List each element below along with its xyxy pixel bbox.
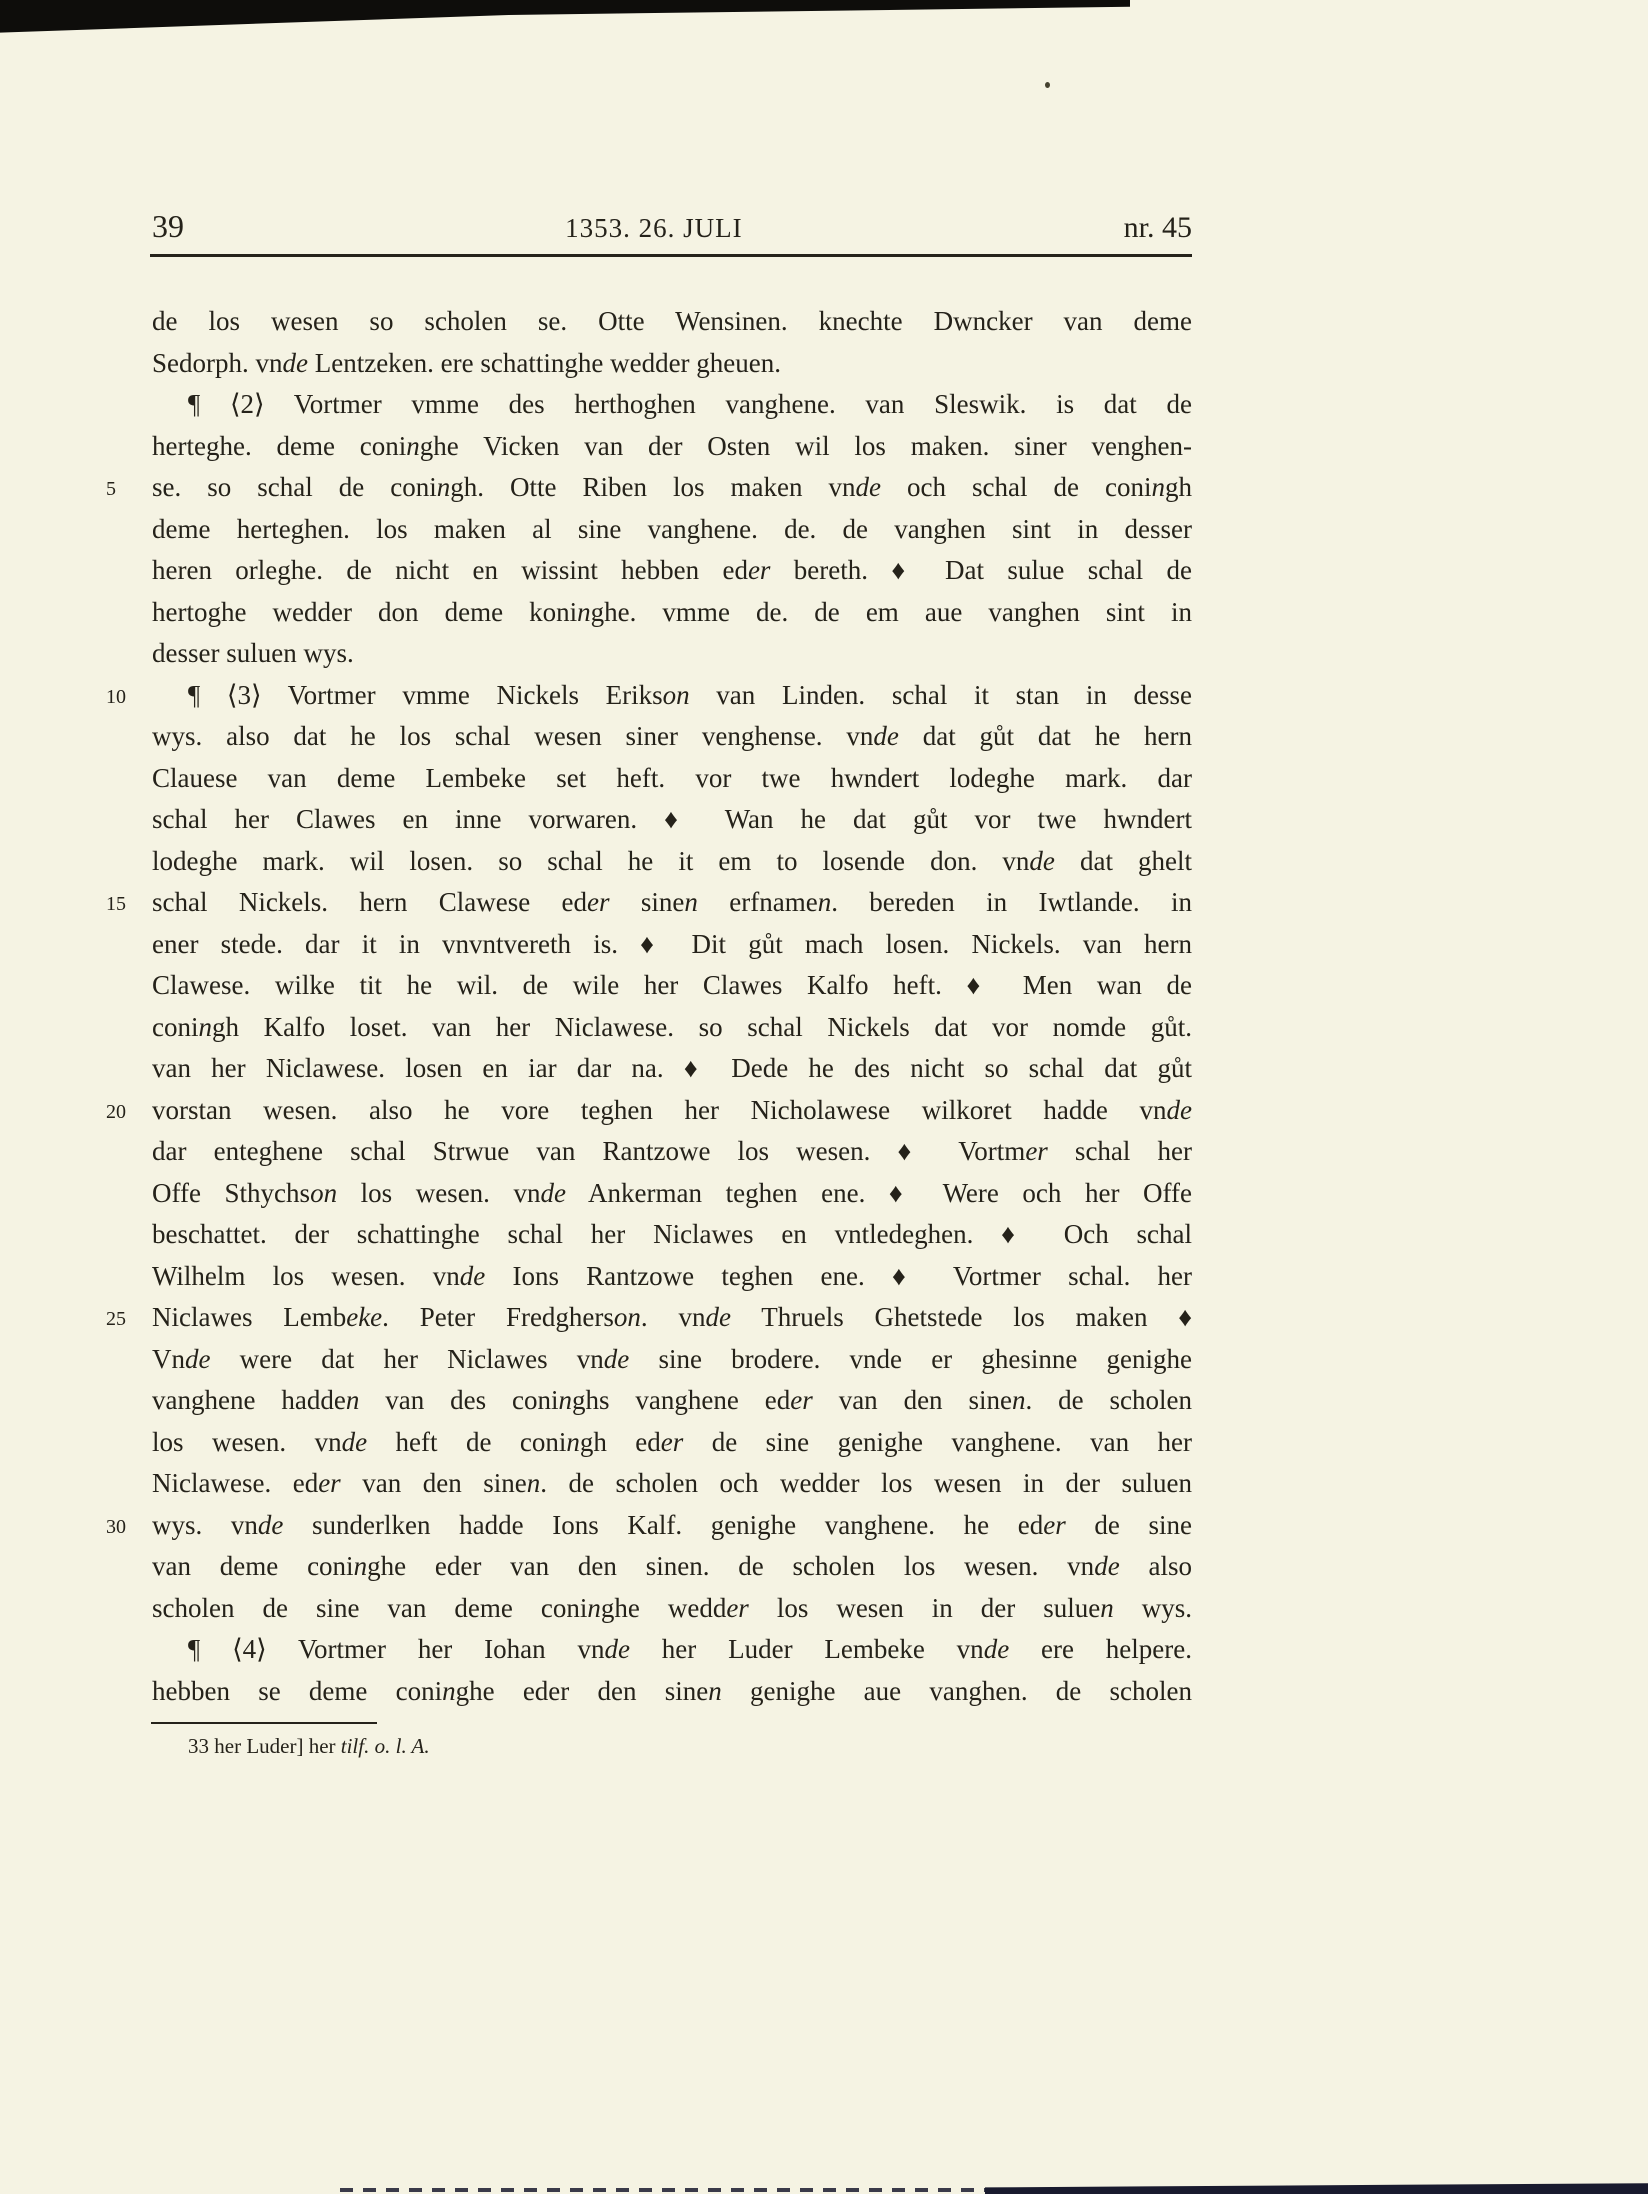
text-line: 10¶ ⟨3⟩ Vortmer vmme Nickels Erikson van… xyxy=(152,675,1192,717)
text-line: wys. also dat he los schal wesen siner v… xyxy=(152,716,1192,758)
text-line-content: herteghe. deme coninghe Vicken van der O… xyxy=(152,431,1192,461)
text-line: herteghe. deme coninghe Vicken van der O… xyxy=(152,426,1192,468)
text-line-content: desser suluen wys. xyxy=(152,638,354,668)
text-line-content: van deme coninghe eder van den sinen. de… xyxy=(152,1551,1192,1581)
text-line: schal her Clawes en inne vorwaren. ♦ Wan… xyxy=(152,799,1192,841)
text-line-content: Niclawes Lembeke. Peter Fredgherson. vnd… xyxy=(152,1302,1192,1332)
text-line-content: ¶ ⟨3⟩ Vortmer vmme Nickels Erikson van L… xyxy=(188,680,1192,710)
text-line: van her Niclawese. losen en iar dar na. … xyxy=(152,1048,1192,1090)
margin-line-number: 10 xyxy=(106,675,144,719)
page-number: 39 xyxy=(152,208,184,245)
text-line-content: se. so schal de coningh. Otte Riben los … xyxy=(152,472,1192,502)
text-line: Clauese van deme Lembeke set heft. vor t… xyxy=(152,758,1192,800)
text-line-content: schal Nickels. hern Clawese eder sinen e… xyxy=(152,887,1192,917)
text-line: scholen de sine van deme coninghe wedder… xyxy=(152,1588,1192,1630)
text-line-content: Wilhelm los wesen. vnde Ions Rantzowe te… xyxy=(152,1261,1192,1291)
text-line-content: Offe Sthychson los wesen. vnde Ankerman … xyxy=(152,1178,1192,1208)
text-line-content: Niclawese. eder van den sinen. de schole… xyxy=(152,1468,1192,1498)
text-line-content: scholen de sine van deme coninghe wedder… xyxy=(152,1593,1192,1623)
footnote: 33 her Luder] her tilf. o. l. A. xyxy=(188,1731,1088,1761)
text-line-content: de los wesen so scholen se. Otte Wensine… xyxy=(152,306,1192,336)
text-line: ¶ ⟨4⟩ Vortmer her Iohan vnde her Luder L… xyxy=(152,1629,1192,1671)
text-line: desser suluen wys. xyxy=(152,633,1192,675)
text-line-content: beschattet. der schattinghe schal her Ni… xyxy=(152,1219,1192,1249)
scan-artifact-bottom-dashed-line xyxy=(340,2188,988,2192)
text-line-content: vanghene hadden van des coninghs vanghen… xyxy=(152,1385,1192,1415)
running-title: 1353. 26. JULI xyxy=(565,213,743,244)
margin-line-number: 20 xyxy=(106,1090,144,1134)
text-line: de los wesen so scholen se. Otte Wensine… xyxy=(152,301,1192,343)
text-line: Clawese. wilke tit he wil. de wile her C… xyxy=(152,965,1192,1007)
text-line: deme herteghen. los maken al sine vanghe… xyxy=(152,509,1192,551)
footnote-text: 33 her Luder] her tilf. o. l. A. xyxy=(188,1734,430,1758)
text-line-content: ener stede. dar it in vnvntvereth is. ♦ … xyxy=(152,929,1192,959)
text-line-content: ¶ ⟨2⟩ Vortmer vmme des herthoghen vanghe… xyxy=(188,389,1192,419)
text-line-content: Vnde were dat her Niclawes vnde sine bro… xyxy=(152,1344,1192,1374)
margin-line-number: 5 xyxy=(106,467,144,511)
text-line: Niclawese. eder van den sinen. de schole… xyxy=(152,1463,1192,1505)
text-line-content: Clauese van deme Lembeke set heft. vor t… xyxy=(152,763,1192,793)
text-line-content: heren orleghe. de nicht en wissint hebbe… xyxy=(152,555,1192,585)
text-line: los wesen. vnde heft de coningh eder de … xyxy=(152,1422,1192,1464)
text-line-content: los wesen. vnde heft de coningh eder de … xyxy=(152,1427,1192,1457)
text-line: Wilhelm los wesen. vnde Ions Rantzowe te… xyxy=(152,1256,1192,1298)
text-line-content: vorstan wesen. also he vore teghen her N… xyxy=(152,1095,1192,1125)
text-line: 5se. so schal de coningh. Otte Riben los… xyxy=(152,467,1192,509)
text-line: dar enteghene schal Strwue van Rantzowe … xyxy=(152,1131,1192,1173)
text-line: 25Niclawes Lembeke. Peter Fredgherson. v… xyxy=(152,1297,1192,1339)
text-line: coningh Kalfo loset. van her Niclawese. … xyxy=(152,1007,1192,1049)
text-line-content: hertoghe wedder don deme koninghe. vmme … xyxy=(152,597,1192,627)
text-line: 20vorstan wesen. also he vore teghen her… xyxy=(152,1090,1192,1132)
text-line: hebben se deme coninghe eder den sinen g… xyxy=(152,1671,1192,1713)
text-line-content: dar enteghene schal Strwue van Rantzowe … xyxy=(152,1136,1192,1166)
text-line: ¶ ⟨2⟩ Vortmer vmme des herthoghen vanghe… xyxy=(152,384,1192,426)
text-line-content: wys. also dat he los schal wesen siner v… xyxy=(152,721,1192,751)
text-line-content: deme herteghen. los maken al sine vanghe… xyxy=(152,514,1192,544)
text-line-content: van her Niclawese. losen en iar dar na. … xyxy=(152,1053,1192,1083)
footnote-rule xyxy=(151,1722,377,1724)
document-number: nr. 45 xyxy=(1124,211,1192,245)
text-line: Vnde were dat her Niclawes vnde sine bro… xyxy=(152,1339,1192,1381)
scanned-book-page: 39 1353. 26. JULI nr. 45 de los wesen so… xyxy=(0,0,1648,2194)
scan-artifact-top-bar xyxy=(0,0,1130,34)
text-line-content: Clawese. wilke tit he wil. de wile her C… xyxy=(152,970,1192,1000)
text-line: Offe Sthychson los wesen. vnde Ankerman … xyxy=(152,1173,1192,1215)
text-line: beschattet. der schattinghe schal her Ni… xyxy=(152,1214,1192,1256)
page-header: 39 1353. 26. JULI nr. 45 xyxy=(152,208,1192,245)
margin-line-number: 25 xyxy=(106,1297,144,1341)
text-line-content: coningh Kalfo loset. van her Niclawese. … xyxy=(152,1012,1192,1042)
text-line-content: hebben se deme coninghe eder den sinen g… xyxy=(152,1676,1192,1706)
text-line: ener stede. dar it in vnvntvereth is. ♦ … xyxy=(152,924,1192,966)
text-line-content: schal her Clawes en inne vorwaren. ♦ Wan… xyxy=(152,804,1192,834)
text-line: van deme coninghe eder van den sinen. de… xyxy=(152,1546,1192,1588)
text-line-content: lodeghe mark. wil losen. so schal he it … xyxy=(152,846,1192,876)
document-text-block: de los wesen so scholen se. Otte Wensine… xyxy=(152,301,1192,1712)
text-line: 30wys. vnde sunderlken hadde Ions Kalf. … xyxy=(152,1505,1192,1547)
text-line-content: Sedorph. vnde Lentzeken. ere schattinghe… xyxy=(152,348,781,378)
text-line: 15schal Nickels. hern Clawese eder sinen… xyxy=(152,882,1192,924)
text-line: hertoghe wedder don deme koninghe. vmme … xyxy=(152,592,1192,634)
margin-line-number: 15 xyxy=(106,882,144,926)
margin-line-number: 30 xyxy=(106,1505,144,1549)
text-line: heren orleghe. de nicht en wissint hebbe… xyxy=(152,550,1192,592)
text-line: lodeghe mark. wil losen. so schal he it … xyxy=(152,841,1192,883)
text-line-content: ¶ ⟨4⟩ Vortmer her Iohan vnde her Luder L… xyxy=(188,1634,1192,1664)
header-rule xyxy=(150,254,1192,257)
text-line: Sedorph. vnde Lentzeken. ere schattinghe… xyxy=(152,343,1192,385)
scan-artifact-bottom-bar xyxy=(985,2182,1648,2194)
text-line-content: wys. vnde sunderlken hadde Ions Kalf. ge… xyxy=(152,1510,1192,1540)
text-line: vanghene hadden van des coninghs vanghen… xyxy=(152,1380,1192,1422)
scan-speck xyxy=(1045,82,1050,88)
